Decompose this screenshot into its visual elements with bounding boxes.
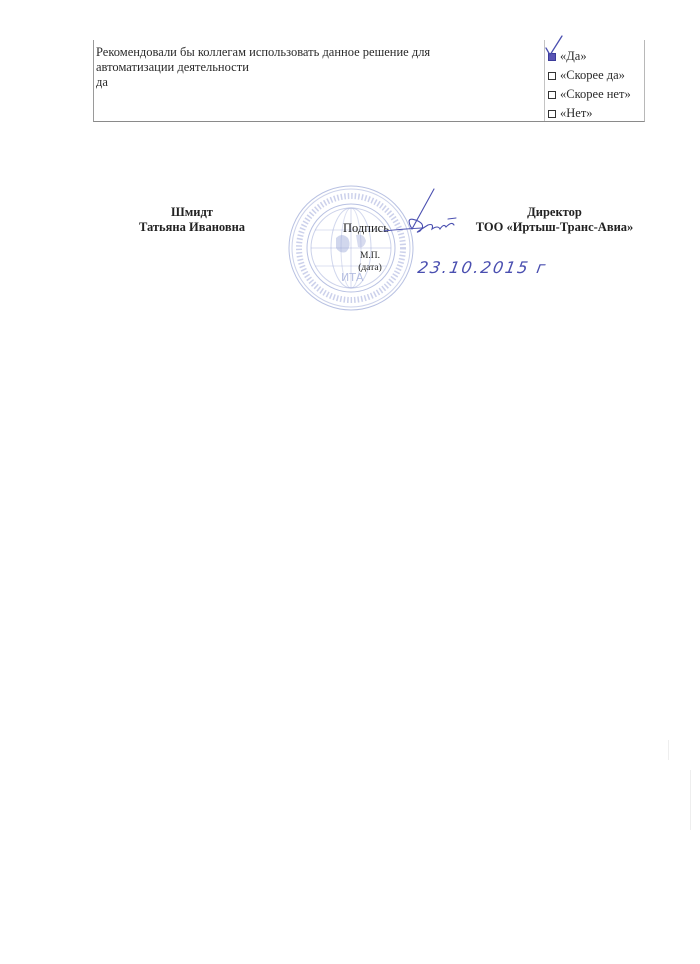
answer-text: да — [96, 75, 544, 90]
handwritten-checkmark-icon — [544, 34, 564, 58]
option-no[interactable]: «Нет» — [548, 104, 644, 123]
scan-artifact — [690, 770, 691, 830]
option-label: «Скорее нет» — [560, 85, 631, 104]
question-text-line2: автоматизации деятельности — [96, 60, 544, 75]
question-text-line1: Рекомендовали бы коллегам использовать д… — [96, 45, 544, 60]
handwritten-date: 23.10.2015 г — [416, 258, 548, 277]
handwritten-signature-icon — [382, 185, 472, 240]
mp-text: М.П. — [355, 250, 385, 262]
option-label: «Нет» — [560, 104, 593, 123]
organization-name: ТОО «Иртыш-Транс-Авиа» — [462, 220, 647, 235]
stamp-place-label: М.П. (дата) — [355, 250, 385, 274]
signatory-given-names: Татьяна Ивановна — [112, 220, 272, 235]
date-label: (дата) — [355, 262, 385, 274]
option-rather-no[interactable]: «Скорее нет» — [548, 85, 644, 104]
question-cell: Рекомендовали бы коллегам использовать д… — [94, 40, 544, 121]
checkbox-icon[interactable] — [548, 72, 556, 80]
checkbox-icon[interactable] — [548, 91, 556, 99]
signatory-surname: Шмидт — [112, 205, 272, 220]
position-title: Директор — [462, 205, 647, 220]
checkbox-icon[interactable] — [548, 110, 556, 118]
scan-artifact — [668, 740, 669, 760]
option-label: «Скорее да» — [560, 66, 625, 85]
signatory-position: Директор ТОО «Иртыш-Транс-Авиа» — [462, 205, 647, 235]
option-rather-yes[interactable]: «Скорее да» — [548, 66, 644, 85]
signatory-name: Шмидт Татьяна Ивановна — [112, 205, 272, 235]
